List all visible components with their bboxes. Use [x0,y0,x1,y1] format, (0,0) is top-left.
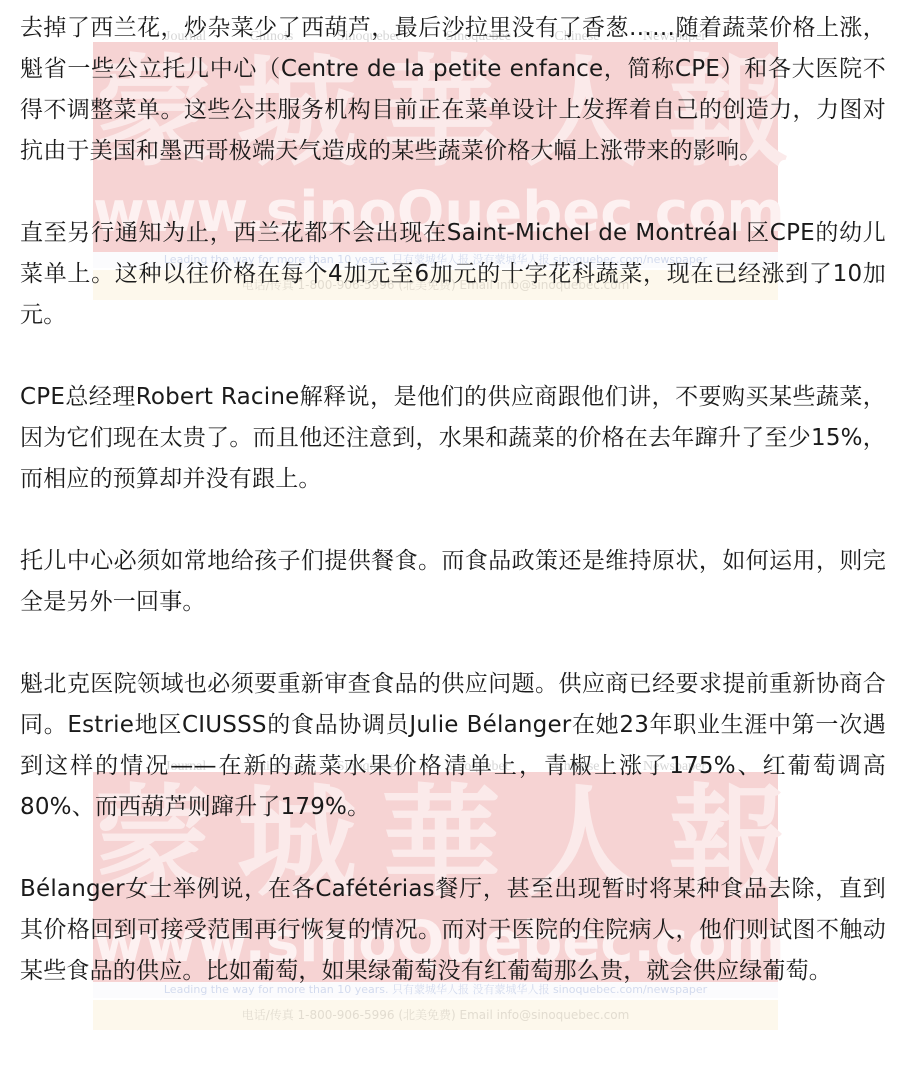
paragraph-intro: 去掉了西兰花，炒杂菜少了西葫芦，最后沙拉里没有了香葱……随着蔬菜价格上涨，魁省一… [20,8,886,172]
article-body: 去掉了西兰花，炒杂菜少了西葫芦，最后沙拉里没有了香葱……随着蔬菜价格上涨，魁省一… [20,8,886,1033]
paragraph-hospitals: 魁北克医院领域也必须要重新审查食品的供应问题。供应商已经要求提前重新协商合同。E… [20,664,886,828]
paragraph-cpe-director: CPE总经理Robert Racine解释说，是他们的供应商跟他们讲，不要购买某… [20,377,886,500]
paragraph-daycare-policy: 托儿中心必须如常地给孩子们提供餐食。而食品政策还是维持原状，如何运用，则完全是另… [20,541,886,623]
paragraph-cafeterias: Bélanger女士举例说，在各Cafétérias餐厅，甚至出现暂时将某种食品… [20,869,886,992]
paragraph-broccoli: 直至另行通知为止，西兰花都不会出现在Saint-Michel de Montré… [20,213,886,336]
